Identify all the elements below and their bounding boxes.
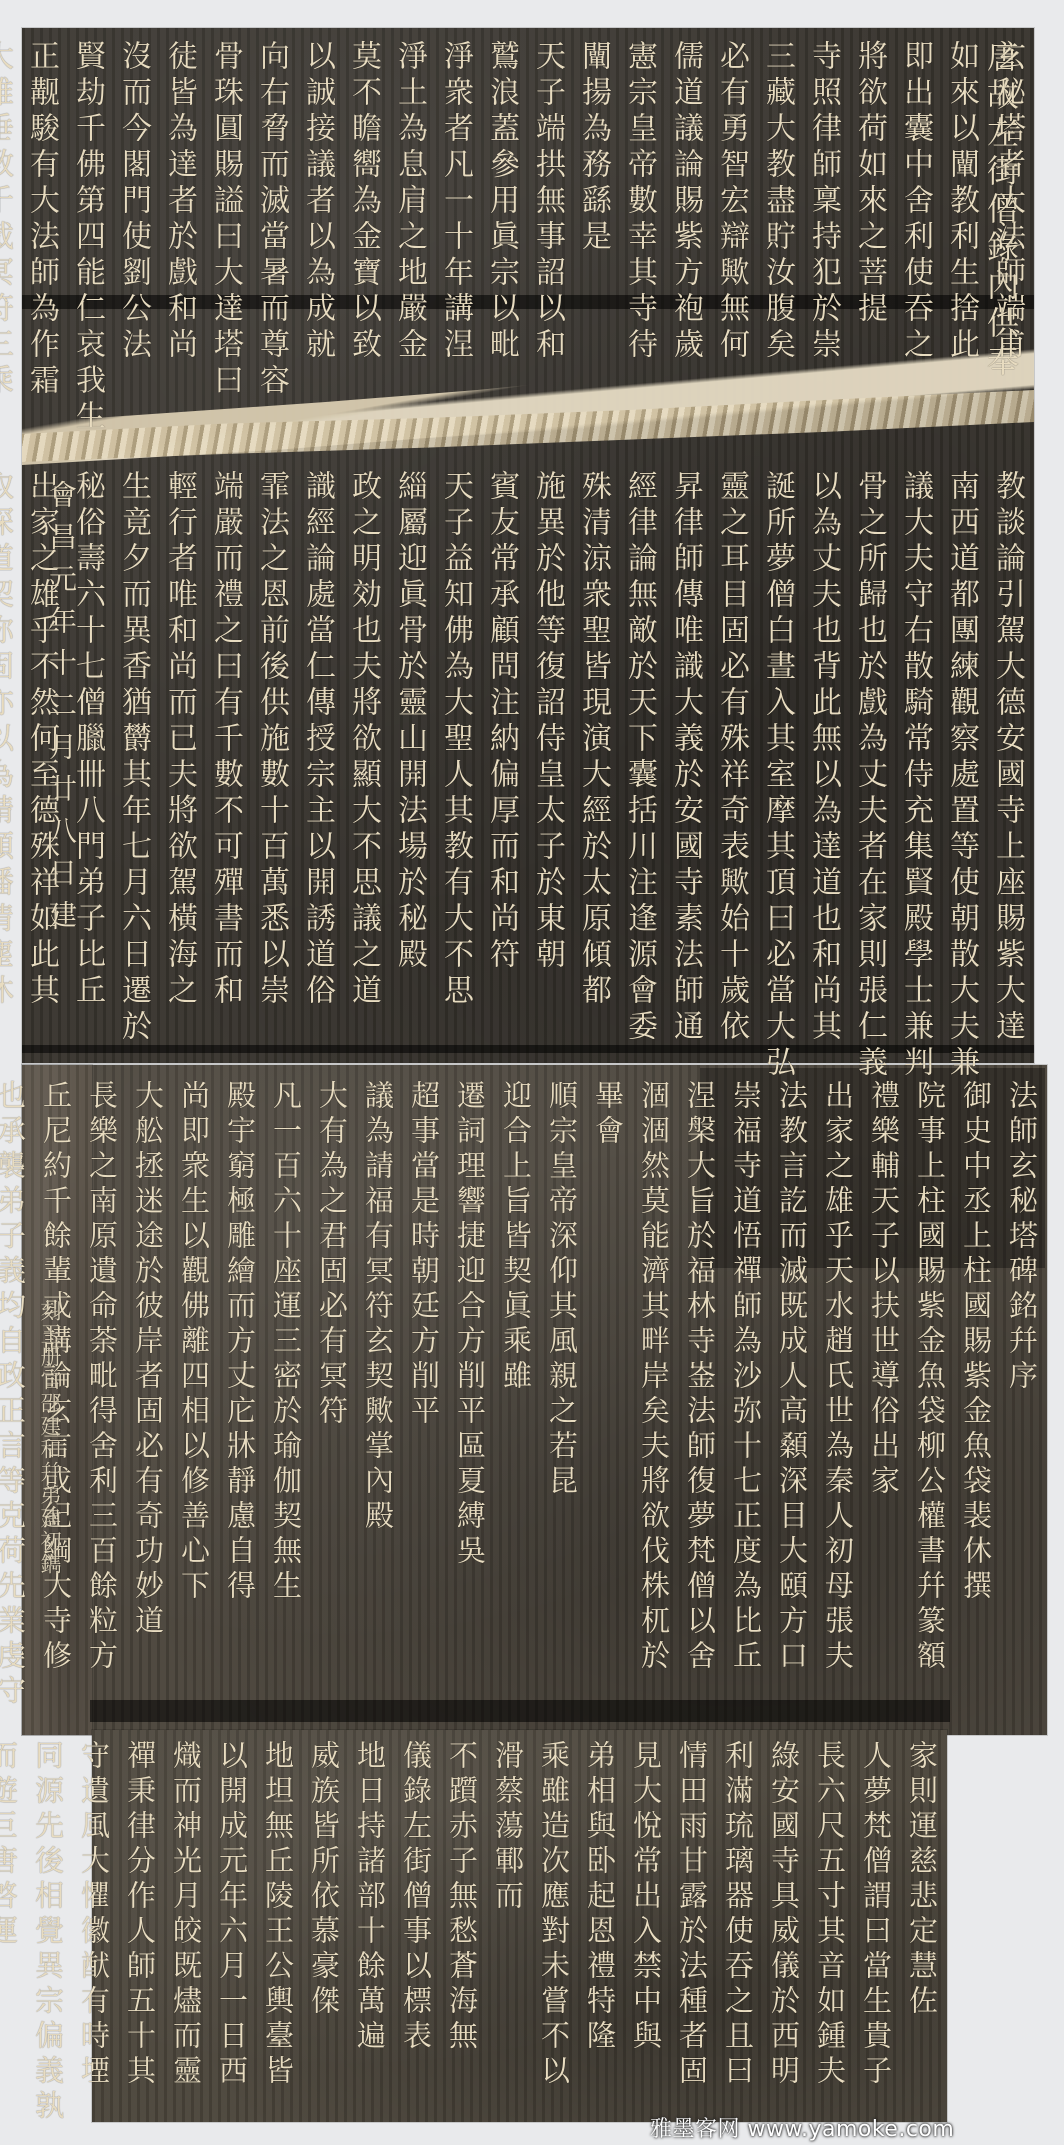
text-column: 沒而今閣門使劉公法 — [110, 40, 156, 360]
text-column: 熾而神光月皎既燼而靈 — [163, 1740, 209, 2120]
text-column: 地坦無丘陵王公輿臺皆 — [255, 1740, 301, 2120]
text-column: 遷詞理響捷迎合方削平區夏縛吳 — [447, 1080, 493, 1730]
text-column: 院事上柱國賜紫金魚袋柳公權書幷篆額 — [907, 1080, 953, 1730]
text-column: 長六尺五寸其音如鍾夫 — [807, 1740, 853, 2120]
text-column: 議為請福有冥符玄契歟掌內殿 — [355, 1080, 401, 1730]
text-column: 而遊巨唐啓運 — [0, 1740, 25, 2120]
text-column: 三藏大教盡貯汝腹矣 — [754, 40, 800, 360]
date-text: 會昌元年十二月廿八日建 — [38, 480, 84, 942]
text-column: 以誠接議者以為成就 — [294, 40, 340, 360]
text-column: 天子益知佛為大聖人其教有大不思 — [432, 470, 478, 1060]
text-column: 畢會 — [585, 1080, 631, 1730]
text-column: 涅槃大旨於福林寺崟法師復夢梵僧以舍 — [677, 1080, 723, 1730]
text-column: 家則運慈悲定慧佐 — [899, 1740, 945, 2120]
text-column: 法師玄秘塔碑銘幷序 — [999, 1080, 1045, 1730]
text-column: 崇福寺道悟禪師為沙弥十七正度為比丘 — [723, 1080, 769, 1730]
text-column: 乘雖造次應對未嘗不以 — [531, 1740, 577, 2120]
text-column: 淨衆者凡一十年講涅 — [432, 40, 478, 360]
text-column: 生竟夕而異香猶欝其年七月六日遷於 — [110, 470, 156, 1060]
text-column: 政之明効也夫將欲顯大不思議之道 — [340, 470, 386, 1060]
text-column: 鷲浪蓋參用眞宗以毗 — [478, 40, 524, 360]
text-column: 威族皆所依慕豪傑 — [301, 1740, 347, 2120]
text-column: 取深道契弥固亦以為請頤播清塵休 — [0, 470, 18, 1060]
text-column: 大有為之君固必有冥符 — [309, 1080, 355, 1730]
text-column: 誕所夢僧白晝入其室摩其頂曰必當大弘 — [754, 470, 800, 1060]
top-panel-upper-text: 玄秘塔者大法師端甫如來以闡教利生捨此即出囊中舍利使吞之將欲荷如來之菩提寺照律師稟… — [40, 40, 1030, 360]
text-column: 出家之雄乎天水趙氏世為秦人初母張夫 — [815, 1080, 861, 1730]
text-column: 以為丈夫也背此無以為達道也和尚其 — [800, 470, 846, 1060]
text-column: 輕行者唯和尚而已夫將欲駕橫海之 — [156, 470, 202, 1060]
text-column: 骨之所歸也於戲為丈夫者在家則張仁義 — [846, 470, 892, 1060]
text-column: 徒皆為達者於戲和尚 — [156, 40, 202, 360]
text-column: 霏法之恩前後供施數十百萬悉以崇 — [248, 470, 294, 1060]
text-column: 法教言訖而滅既成人高顙深目大頤方口 — [769, 1080, 815, 1730]
text-column: 靈之耳目固必有殊祥奇表歟始十歲依 — [708, 470, 754, 1060]
engraver-column: 刻玉册官邵建和幷弟建初鐫 — [35, 1300, 65, 1576]
text-column: 端嚴而禮之曰有千數不可殫書而和 — [202, 470, 248, 1060]
text-column: 情田雨甘露於法種者固 — [669, 1740, 715, 2120]
text-column: 昇律師傳唯識大義於安國寺素法師通 — [662, 470, 708, 1060]
text-column: 緇屬迎眞骨於靈山開法場於秘殿 — [386, 470, 432, 1060]
text-column: 地日持諸部十餘萬遍 — [347, 1740, 393, 2120]
text-column: 大雄垂教千載冥符三乘 — [0, 40, 18, 360]
text-column: 向右脅而滅當暑而尊容 — [248, 40, 294, 360]
text-column: 必有勇智宏辯歟無何 — [708, 40, 754, 360]
text-column: 禮樂輔天子以扶世導俗出家 — [861, 1080, 907, 1730]
engraver-text: 刻玉册官邵建和幷弟建初鐫 — [35, 1300, 65, 1576]
text-column: 骨珠圓賜謚曰大達塔曰 — [202, 40, 248, 360]
text-column: 迎合上旨皆契眞乘雖 — [493, 1080, 539, 1730]
text-column: 殿宇窮極雕繪而方丈庀牀靜慮自得 — [217, 1080, 263, 1730]
site-watermark: 雅墨客网 www.yamoke.com — [650, 2112, 954, 2143]
text-column: 綠安國寺具威儀於西明 — [761, 1740, 807, 2120]
text-column: 長樂之南原遺命荼毗得舍利三百餘粒方 — [79, 1080, 125, 1730]
text-column: 賢劫千佛第四能仁哀我生 — [64, 40, 110, 360]
text-column: 弟相與卧起恩禮特隆 — [577, 1740, 623, 2120]
text-column: 如來以闡教利生捨此 — [938, 40, 984, 360]
text-column: 人夢梵僧謂曰當生貴子 — [853, 1740, 899, 2120]
text-column: 不躓赤子無愁蒼海無 — [439, 1740, 485, 2120]
bottom-panel-text: 家則運慈悲定慧佐人夢梵僧謂曰當生貴子長六尺五寸其音如鍾夫綠安國寺具威儀於西明利滿… — [100, 1740, 945, 2120]
text-column: 淨土為息肩之地嚴金 — [386, 40, 432, 360]
text-column: 儀錄左街僧事以標表 — [393, 1740, 439, 2120]
date-column: 會昌元年十二月廿八日建 — [38, 480, 84, 942]
text-column: 闡揚為務繇是 — [570, 40, 616, 360]
text-column: 玄秘塔者大法師端甫 — [984, 40, 1030, 360]
text-column: 南西道都團練觀察處置等使朝散大夫兼 — [938, 470, 984, 1060]
text-column: 禪秉律分作人師五十其 — [117, 1740, 163, 2120]
text-column: 憲宗皇帝數幸其寺待 — [616, 40, 662, 360]
text-column: 涸涸然莫能濟其畔岸矣夫將欲伐株杌於 — [631, 1080, 677, 1730]
text-column: 利滿琉璃器使吞之且曰 — [715, 1740, 761, 2120]
text-column: 賓友常承顧問注納偏厚而和尚符 — [478, 470, 524, 1060]
text-column: 正觏駿有大法師為作霜 — [18, 40, 64, 360]
text-column: 也承襲弟子義均自政正言等克荷先業虔守 — [0, 1080, 33, 1730]
middle-panel-text: 法師玄秘塔碑銘幷序御史中丞上柱國賜紫金魚袋裴休撰院事上柱國賜紫金魚袋柳公權書幷篆… — [100, 1080, 1045, 1730]
text-column: 順宗皇帝深仰其風親之若昆 — [539, 1080, 585, 1730]
text-column: 殊清涼衆聖皆現演大經於太原傾都 — [570, 470, 616, 1060]
text-column: 滑蔡蕩鄆而 — [485, 1740, 531, 2120]
text-column: 御史中丞上柱國賜紫金魚袋裴休撰 — [953, 1080, 999, 1730]
text-column: 寺照律師稟持犯於崇 — [800, 40, 846, 360]
text-column: 識經論處當仁傳授宗主以開誘道俗 — [294, 470, 340, 1060]
text-column: 以開成元年六月一日西 — [209, 1740, 255, 2120]
text-column: 將欲荷如來之菩提 — [846, 40, 892, 360]
text-column: 施異於他等復詔侍皇太子於東朝 — [524, 470, 570, 1060]
text-column: 同源先後相覺異宗偏義孰 — [25, 1740, 71, 2120]
top-panel-lower-text: 教談論引駕大德安國寺上座賜紫大達南西道都團練觀察處置等使朝散大夫兼議大夫守右散騎… — [40, 470, 1030, 1060]
text-column: 尚即衆生以觀佛離四相以修善心下 — [171, 1080, 217, 1730]
text-column: 儒道議論賜紫方袍歲 — [662, 40, 708, 360]
text-column: 即出囊中舍利使吞之 — [892, 40, 938, 360]
text-column: 見大悅常出入禁中與 — [623, 1740, 669, 2120]
text-column: 莫不瞻嚮為金寶以致 — [340, 40, 386, 360]
text-column: 守遺風大懼徽猷有時堙 — [71, 1740, 117, 2120]
text-column: 議大夫守右散騎常侍充集賢殿學士兼判 — [892, 470, 938, 1060]
text-column: 大舩拯迷途於彼岸者固必有奇功妙道 — [125, 1080, 171, 1730]
text-column: 教談論引駕大德安國寺上座賜紫大達 — [984, 470, 1030, 1060]
text-column: 超事當是時朝廷方削平 — [401, 1080, 447, 1730]
text-column: 凡一百六十座運三密於瑜伽契無生 — [263, 1080, 309, 1730]
text-column: 天子端拱無事詔以和 — [524, 40, 570, 360]
text-column: 經律論無敵於天下囊括川注逢源會委 — [616, 470, 662, 1060]
